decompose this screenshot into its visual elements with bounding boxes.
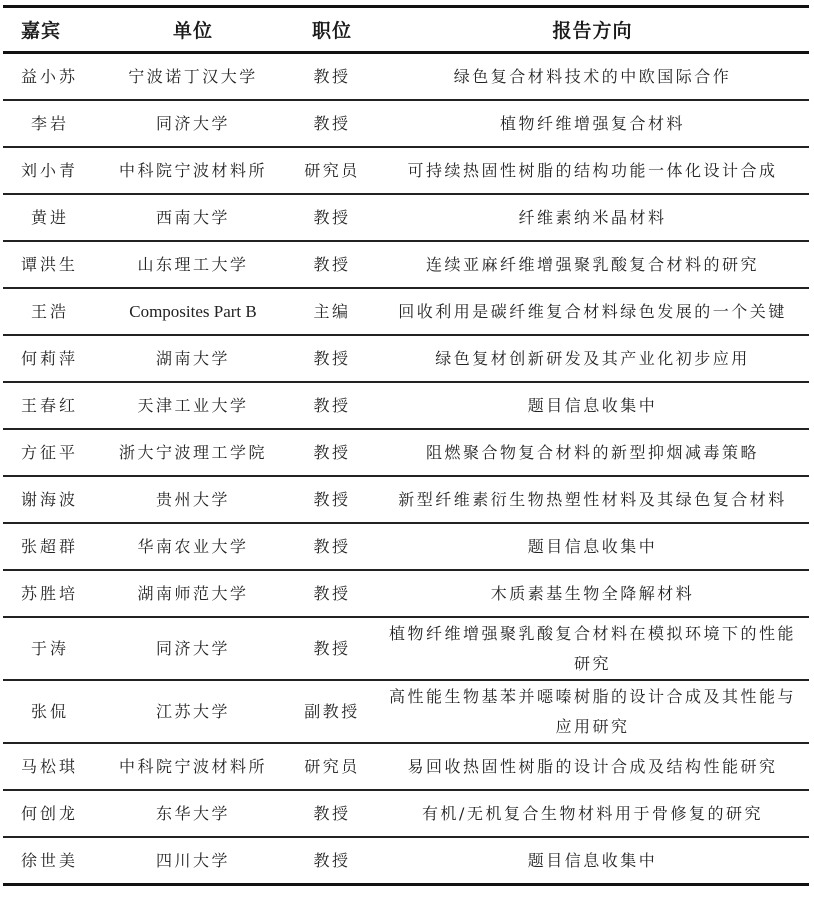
table-row: 马松琪 中科院宁波材料所 研究员 易回收热固性树脂的设计合成及结构性能研究 [3, 743, 809, 790]
table-body: 益小苏 宁波诺丁汉大学 教授 绿色复合材料技术的中欧国际合作 李岩 同济大学 教… [3, 53, 809, 885]
report-topic: 阻燃聚合物复合材料的新型抑烟减毒策略 [376, 429, 809, 476]
position: 副教授 [288, 680, 376, 743]
header-report-topic: 报告方向 [376, 7, 809, 53]
guest-name: 黄进 [3, 194, 98, 241]
organization: 浙大宁波理工学院 [98, 429, 288, 476]
organization: 西南大学 [98, 194, 288, 241]
position: 教授 [288, 53, 376, 101]
report-topic: 题目信息收集中 [376, 523, 809, 570]
table-row: 王春红 天津工业大学 教授 题目信息收集中 [3, 382, 809, 429]
header-organization: 单位 [98, 7, 288, 53]
guest-name: 李岩 [3, 100, 98, 147]
guest-name: 谢海波 [3, 476, 98, 523]
speaker-table-container: 嘉宾 单位 职位 报告方向 益小苏 宁波诺丁汉大学 教授 绿色复合材料技术的中欧… [3, 5, 809, 886]
position: 教授 [288, 241, 376, 288]
organization: 湖南师范大学 [98, 570, 288, 617]
position: 教授 [288, 335, 376, 382]
table-row: 益小苏 宁波诺丁汉大学 教授 绿色复合材料技术的中欧国际合作 [3, 53, 809, 101]
position: 教授 [288, 617, 376, 680]
table-row: 黄进 西南大学 教授 纤维素纳米晶材料 [3, 194, 809, 241]
guest-name: 益小苏 [3, 53, 98, 101]
table-row: 李岩 同济大学 教授 植物纤维增强复合材料 [3, 100, 809, 147]
header-position: 职位 [288, 7, 376, 53]
organization: 中科院宁波材料所 [98, 743, 288, 790]
position: 教授 [288, 570, 376, 617]
header-row: 嘉宾 单位 职位 报告方向 [3, 7, 809, 53]
report-topic: 有机/无机复合生物材料用于骨修复的研究 [376, 790, 809, 837]
guest-name: 于涛 [3, 617, 98, 680]
guest-name: 何创龙 [3, 790, 98, 837]
table-row: 何莉萍 湖南大学 教授 绿色复材创新研发及其产业化初步应用 [3, 335, 809, 382]
organization: Composites Part B [98, 288, 288, 335]
report-topic: 绿色复材创新研发及其产业化初步应用 [376, 335, 809, 382]
guest-name: 王浩 [3, 288, 98, 335]
report-topic: 回收利用是碳纤维复合材料绿色发展的一个关键 [376, 288, 809, 335]
organization: 华南农业大学 [98, 523, 288, 570]
guest-name: 方征平 [3, 429, 98, 476]
report-topic: 木质素基生物全降解材料 [376, 570, 809, 617]
position: 教授 [288, 476, 376, 523]
organization: 同济大学 [98, 100, 288, 147]
report-topic: 连续亚麻纤维增强聚乳酸复合材料的研究 [376, 241, 809, 288]
guest-name: 徐世美 [3, 837, 98, 885]
table-row: 苏胜培 湖南师范大学 教授 木质素基生物全降解材料 [3, 570, 809, 617]
report-topic: 可持续热固性树脂的结构功能一体化设计合成 [376, 147, 809, 194]
position: 教授 [288, 382, 376, 429]
report-topic: 纤维素纳米晶材料 [376, 194, 809, 241]
table-row: 谢海波 贵州大学 教授 新型纤维素衍生物热塑性材料及其绿色复合材料 [3, 476, 809, 523]
guest-name: 苏胜培 [3, 570, 98, 617]
organization: 山东理工大学 [98, 241, 288, 288]
table-row: 刘小青 中科院宁波材料所 研究员 可持续热固性树脂的结构功能一体化设计合成 [3, 147, 809, 194]
table-row: 谭洪生 山东理工大学 教授 连续亚麻纤维增强聚乳酸复合材料的研究 [3, 241, 809, 288]
organization: 宁波诺丁汉大学 [98, 53, 288, 101]
guest-name: 刘小青 [3, 147, 98, 194]
position: 教授 [288, 837, 376, 885]
position: 教授 [288, 100, 376, 147]
guest-name: 谭洪生 [3, 241, 98, 288]
table-row: 张超群 华南农业大学 教授 题目信息收集中 [3, 523, 809, 570]
table-row: 何创龙 东华大学 教授 有机/无机复合生物材料用于骨修复的研究 [3, 790, 809, 837]
organization: 江苏大学 [98, 680, 288, 743]
table-row: 张侃 江苏大学 副教授 高性能生物基苯并噁嗪树脂的设计合成及其性能与应用研究 [3, 680, 809, 743]
speaker-table: 嘉宾 单位 职位 报告方向 益小苏 宁波诺丁汉大学 教授 绿色复合材料技术的中欧… [3, 5, 809, 886]
position: 研究员 [288, 743, 376, 790]
guest-name: 马松琪 [3, 743, 98, 790]
report-topic: 新型纤维素衍生物热塑性材料及其绿色复合材料 [376, 476, 809, 523]
position: 教授 [288, 429, 376, 476]
guest-name: 王春红 [3, 382, 98, 429]
table-row: 方征平 浙大宁波理工学院 教授 阻燃聚合物复合材料的新型抑烟减毒策略 [3, 429, 809, 476]
table-row: 徐世美 四川大学 教授 题目信息收集中 [3, 837, 809, 885]
organization: 四川大学 [98, 837, 288, 885]
guest-name: 张侃 [3, 680, 98, 743]
organization: 东华大学 [98, 790, 288, 837]
report-topic: 题目信息收集中 [376, 837, 809, 885]
position: 教授 [288, 790, 376, 837]
table-row: 于涛 同济大学 教授 植物纤维增强聚乳酸复合材料在模拟环境下的性能研究 [3, 617, 809, 680]
header-guest: 嘉宾 [3, 7, 98, 53]
position: 教授 [288, 523, 376, 570]
report-topic: 题目信息收集中 [376, 382, 809, 429]
organization: 湖南大学 [98, 335, 288, 382]
guest-name: 何莉萍 [3, 335, 98, 382]
report-topic: 高性能生物基苯并噁嗪树脂的设计合成及其性能与应用研究 [376, 680, 809, 743]
organization: 同济大学 [98, 617, 288, 680]
position: 教授 [288, 194, 376, 241]
report-topic: 易回收热固性树脂的设计合成及结构性能研究 [376, 743, 809, 790]
table-row: 王浩 Composites Part B 主编 回收利用是碳纤维复合材料绿色发展… [3, 288, 809, 335]
organization: 天津工业大学 [98, 382, 288, 429]
guest-name: 张超群 [3, 523, 98, 570]
report-topic: 植物纤维增强复合材料 [376, 100, 809, 147]
report-topic: 植物纤维增强聚乳酸复合材料在模拟环境下的性能研究 [376, 617, 809, 680]
organization: 贵州大学 [98, 476, 288, 523]
position: 主编 [288, 288, 376, 335]
table-header: 嘉宾 单位 职位 报告方向 [3, 7, 809, 53]
position: 研究员 [288, 147, 376, 194]
report-topic: 绿色复合材料技术的中欧国际合作 [376, 53, 809, 101]
organization: 中科院宁波材料所 [98, 147, 288, 194]
